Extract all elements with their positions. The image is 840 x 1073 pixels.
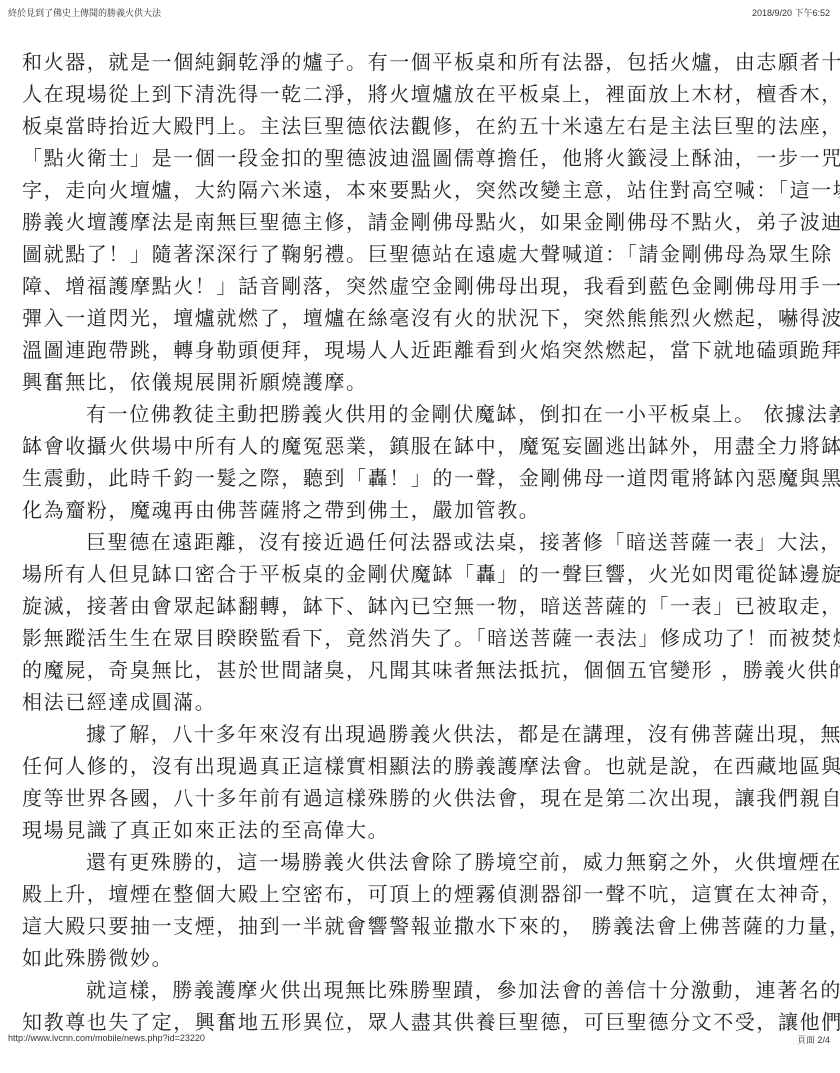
paragraph-start-line: 據了解，八十多年來沒有出現過勝義火供法，都是在講理，沒有佛菩薩出現，無論 — [22, 718, 814, 750]
article-line: 人在現場從上到下清洗得一乾二淨，將火壇爐放在平板桌上，裡面放上木材，檀香木，平 — [22, 78, 814, 110]
article-line: 「點火衛士」是一個一段金扣的聖德波迪溫圖儒尊擔任，他將火籤浸上酥油，一步一咒 — [22, 142, 814, 174]
article-line: 影無蹤活生生在眾目睽睽監看下，竟然消失了。「暗送菩薩一表法」修成功了！而被焚燒 — [22, 622, 814, 654]
article-line: 板桌當時抬近大殿門上。主法巨聖德依法觀修，在約五十米遠左右是主法巨聖的法座， — [22, 110, 814, 142]
article-line: 彈入一道閃光，壇爐就燃了，壇爐在絲毫沒有火的狀況下，突然熊熊烈火燃起，嚇得波迪 — [22, 302, 814, 334]
article-line: 場所有人但見缽口密合于平板桌的金剛伏魔缽「轟」的一聲巨響，火光如閃電從缽邊旋起 — [22, 558, 814, 590]
article-line: 和火器，就是一個純銅乾淨的爐子。有一個平板桌和所有法器，包括火爐，由志願者十多 — [22, 46, 814, 78]
print-footer-page-number: 頁面 2/4 — [797, 1033, 830, 1047]
article-line: 這大殿只要抽一支煙，抽到一半就會響警報並撒水下來的， 勝義法會上佛菩薩的力量，竟 — [22, 910, 814, 942]
article-line: 缽會收攝火供場中所有人的魔冤惡業，鎮服在缽中，魔冤妄圖逃出缽外，用盡全力將缽發 — [22, 430, 814, 462]
print-footer-url: http://www.lvcnn.com/mobile/news.php?id=… — [8, 1033, 205, 1047]
article-line: 字，走向火壇爐，大約隔六米遠，本來要點火，突然改變主意，站住對高空喊：「這一場 — [22, 174, 814, 206]
print-footer: http://www.lvcnn.com/mobile/news.php?id=… — [8, 1033, 830, 1047]
print-header-datetime: 2018/9/20 下午6:52 — [752, 6, 830, 20]
article-line: 生震動，此時千鈞一髮之際，聽到「轟！」的一聲，金剛佛母一道閃電將缽內惡魔與黑業 — [22, 462, 814, 494]
article-line: 任何人修的，沒有出現過真正這樣實相顯法的勝義護摩法會。也就是說，在西藏地區與印 — [22, 750, 814, 782]
article-line: 化為齏粉，魔魂再由佛菩薩將之帶到佛土，嚴加管教。 — [22, 494, 814, 526]
paragraph-start-line: 巨聖德在遠距離，沒有接近過任何法器或法桌，接著修「暗送菩薩一表」大法，現 — [22, 526, 814, 558]
article-line: 相法已經達成圓滿。 — [22, 686, 814, 718]
print-header-title: 終於見到了佛史上傳聞的勝義火供大法 — [8, 6, 161, 20]
article-line: 度等世界各國，八十多年前有過這樣殊勝的火供法會，現在是第二次出現，讓我們親自在 — [22, 782, 814, 814]
paragraph-start-line: 就這樣，勝義護摩火供出現無比殊勝聖蹟，參加法會的善信十分激動，連著名的莫 — [22, 974, 814, 1006]
article-line: 如此殊勝微妙。 — [22, 942, 814, 974]
paragraph-start-line: 還有更殊勝的，這一場勝義火供法會除了勝境空前，威力無窮之外，火供壇煙在大 — [22, 846, 814, 878]
article-line: 的魔屍，奇臭無比，甚於世間諸臭，凡聞其味者無法抵抗，個個五官變形 ，勝義火供的實 — [22, 654, 814, 686]
article-line: 勝義火壇護摩法是南無巨聖德主修，請金剛佛母點火，如果金剛佛母不點火，弟子波迪溫 — [22, 206, 814, 238]
article-line: 旋滅，接著由會眾起缽翻轉，缽下、缽內已空無一物，暗送菩薩的「一表」已被取走，無 — [22, 590, 814, 622]
article-line: 溫圖連跑帶跳，轉身勒頭便拜，現場人人近距離看到火焰突然燃起，當下就地磕頭跪拜， — [22, 334, 814, 366]
article-body: 和火器，就是一個純銅乾淨的爐子。有一個平板桌和所有法器，包括火爐，由志願者十多 … — [22, 46, 814, 1038]
article-line: 現場見識了真正如來正法的至高偉大。 — [22, 814, 814, 846]
article-line: 殿上升，壇煙在整個大殿上空密布，可頂上的煙霧偵測器卻一聲不吭，這實在太神奇，在 — [22, 878, 814, 910]
article-line: 圖就點了！」隨著深深行了鞠躬禮。巨聖德站在遠處大聲喊道：「請金剛佛母為眾生除 — [22, 238, 814, 270]
paragraph-start-line: 有一位佛教徒主動把勝義火供用的金剛伏魔缽，倒扣在一小平板桌上。 依據法義， — [22, 398, 814, 430]
article-line: 障、增福護摩點火！」話音剛落，突然虛空金剛佛母出現，我看到藍色金剛佛母用手一指 — [22, 270, 814, 302]
article-line: 興奮無比，依儀規展開祈願燒護摩。 — [22, 366, 814, 398]
print-header: 終於見到了佛史上傳聞的勝義火供大法 2018/9/20 下午6:52 — [8, 6, 830, 20]
